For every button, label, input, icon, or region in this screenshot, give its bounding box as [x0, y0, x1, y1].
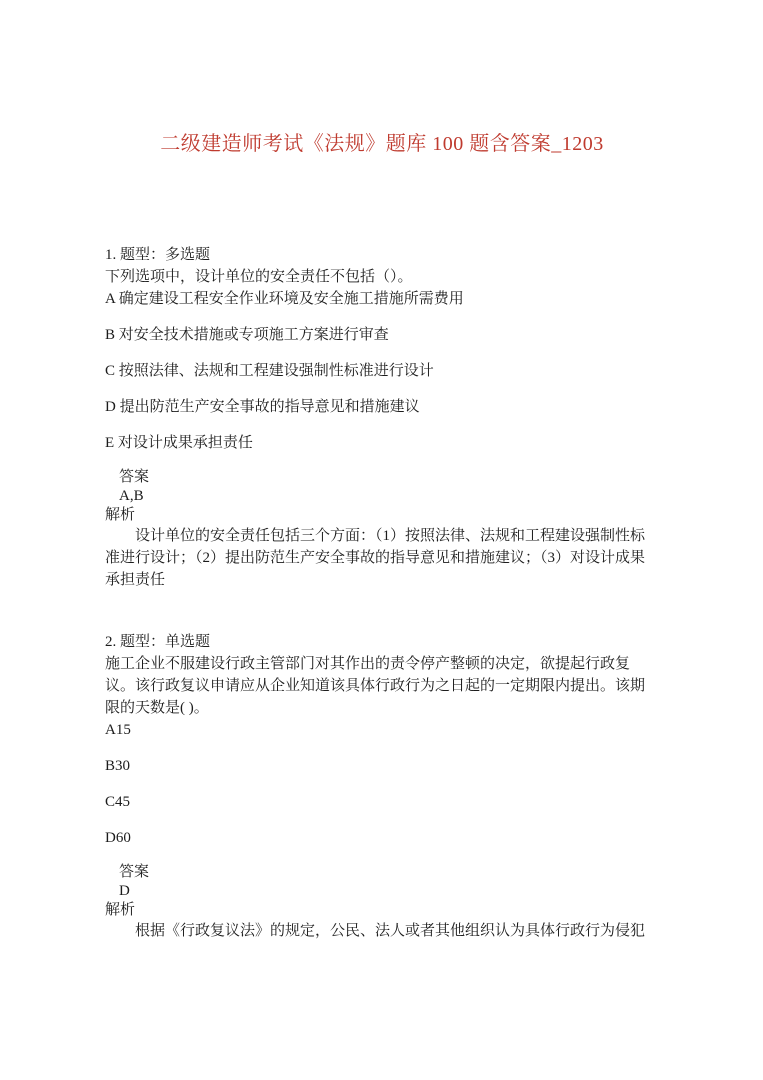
question-1-analysis-label: 解析: [105, 506, 659, 525]
question-block-2: 2. 题型：单选题 施工企业不服建设行政主管部门对其作出的责令停产整顿的决定，欲…: [105, 631, 659, 942]
question-1-answer-value: A,B: [105, 487, 659, 506]
question-1-analysis-text: 设计单位的安全责任包括三个方面：（1）按照法律、法规和工程建设强制性标准进行设计…: [105, 525, 659, 591]
question-1-answer-block: 答案 A,B 解析 设计单位的安全责任包括三个方面：（1）按照法律、法规和工程建…: [105, 468, 659, 591]
question-2-analysis-label: 解析: [105, 901, 659, 920]
question-2-option-a: A15: [105, 719, 659, 741]
question-1-option-c: C 按照法律、法规和工程建设强制性标准进行设计: [105, 360, 659, 382]
question-1-answer-label: 答案: [105, 468, 659, 487]
question-1-header: 1. 题型：多选题: [105, 244, 659, 266]
question-2-analysis-text: 根据《行政复议法》的规定，公民、法人或者其他组织认为具体行政行为侵犯: [105, 920, 659, 942]
question-2-header: 2. 题型：单选题: [105, 631, 659, 653]
question-2-answer-label: 答案: [105, 863, 659, 882]
question-2-option-d: D60: [105, 827, 659, 849]
question-2-option-c: C45: [105, 791, 659, 813]
question-1-stem: 下列选项中，设计单位的安全责任不包括（）。: [105, 266, 659, 288]
page-title: 二级建造师考试《法规》题库 100 题含答案_1203: [105, 130, 659, 158]
question-2-option-b: B30: [105, 755, 659, 777]
question-1-option-a: A 确定建设工程安全作业环境及安全施工措施所需费用: [105, 288, 659, 310]
document-content: 二级建造师考试《法规》题库 100 题含答案_1203 1. 题型：多选题 下列…: [0, 130, 763, 942]
question-1-option-b: B 对安全技术措施或专项施工方案进行审查: [105, 324, 659, 346]
question-2-stem: 施工企业不服建设行政主管部门对其作出的责令停产整顿的决定，欲提起行政复议。该行政…: [105, 653, 659, 719]
question-1-option-d: D 提出防范生产安全事故的指导意见和措施建议: [105, 396, 659, 418]
question-block-1: 1. 题型：多选题 下列选项中，设计单位的安全责任不包括（）。 A 确定建设工程…: [105, 244, 659, 591]
question-2-answer-value: D: [105, 882, 659, 901]
question-1-option-e: E 对设计成果承担责任: [105, 432, 659, 454]
question-2-answer-block: 答案 D 解析 根据《行政复议法》的规定，公民、法人或者其他组织认为具体行政行为…: [105, 863, 659, 942]
document-page: 二级建造师考试《法规》题库 100 题含答案_1203 1. 题型：多选题 下列…: [0, 0, 763, 1080]
